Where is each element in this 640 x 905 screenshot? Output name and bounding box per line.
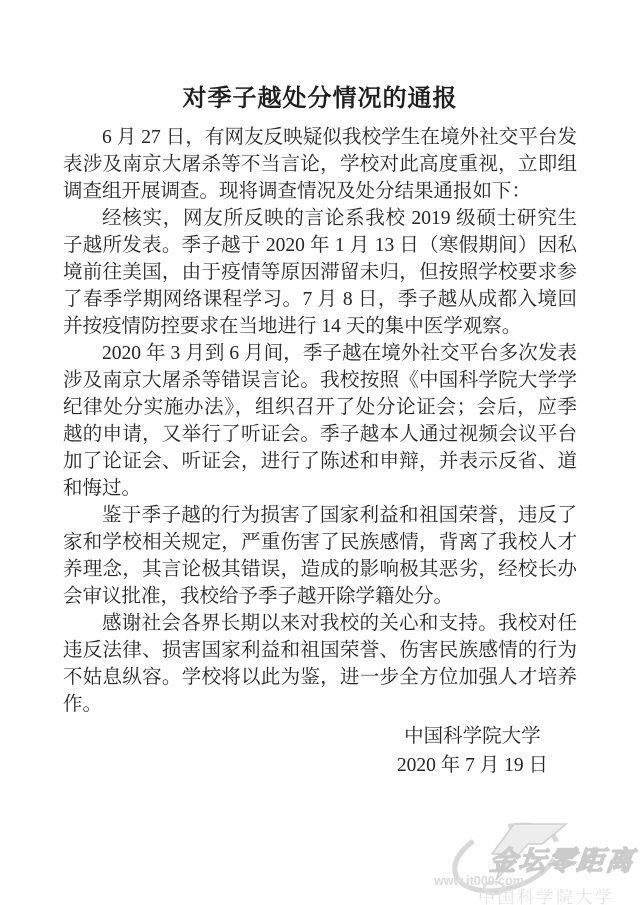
- text-line: 越的申请，又举行了听证会。季子越本人通过视频会议平台参: [63, 421, 577, 448]
- text-line: 经核实，网友所反映的言论系我校 2019 级硕士研究生季: [63, 205, 577, 232]
- watermark-site-url: www.jt000.com: [434, 874, 524, 888]
- signature-block: 中国科学院大学 2020 年 7 月 19 日: [397, 722, 548, 780]
- paragraph: 6 月 27 日，有网友反映疑似我校学生在境外社交平台发表涉及南京大屠杀等不当言…: [63, 124, 577, 205]
- text-line: 了春季学期网络课程学习。7 月 8 日，季子越从成都入境回国，: [63, 286, 577, 313]
- text-line: 表涉及南京大屠杀等不当言论，学校对此高度重视，立即组成: [63, 151, 577, 178]
- text-line: 会审议批准，我校给予季子越开除学籍处分。: [63, 583, 577, 610]
- text-line: 调查组开展调查。现将调查情况及处分结果通报如下：: [63, 178, 577, 205]
- text-line: 加了论证会、听证会，进行了陈述和申辩，并表示反省、道歉: [63, 448, 577, 475]
- text-line: 子越所发表。季子越于 2020 年 1 月 13 日（寒假期间）因私出: [63, 232, 577, 259]
- watermark-site-name: 金坛零距离: [488, 839, 637, 878]
- text-line: 感谢社会各界长期以来对我校的关心和支持。我校对任何: [63, 610, 577, 637]
- paragraph: 鉴于季子越的行为损害了国家利益和祖国荣誉，违反了国家和学校相关规定，严重伤害了民…: [63, 502, 577, 610]
- watermark-source-credit: 中国科学院大学: [478, 883, 615, 905]
- watermark: 金坛零距离 www.jt000.com 中国科学院大学: [420, 813, 638, 905]
- jt-swoosh-logo-icon: [436, 818, 578, 898]
- document-title: 对季子越处分情况的通报: [0, 78, 640, 113]
- text-line: 不姑息纵容。学校将以此为鉴，进一步全方位加强人才培养工: [63, 664, 577, 691]
- document-body: 6 月 27 日，有网友反映疑似我校学生在境外社交平台发表涉及南京大屠杀等不当言…: [63, 124, 577, 718]
- paragraph: 感谢社会各界长期以来对我校的关心和支持。我校对任何违反法律、损害国家利益和祖国荣…: [63, 610, 577, 718]
- text-line: 纪律处分实施办法》，组织召开了处分论证会；会后，应季子: [63, 394, 577, 421]
- text-line: 涉及南京大屠杀等错误言论。我校按照《中国科学院大学学生: [63, 367, 577, 394]
- text-line: 6 月 27 日，有网友反映疑似我校学生在境外社交平台发: [63, 124, 577, 151]
- text-line: 和悔过。: [63, 475, 577, 502]
- signature-org: 中国科学院大学: [397, 722, 548, 751]
- paragraph: 经核实，网友所反映的言论系我校 2019 级硕士研究生季子越所发表。季子越于 2…: [63, 205, 577, 340]
- text-line: 鉴于季子越的行为损害了国家利益和祖国荣誉，违反了国: [63, 502, 577, 529]
- text-line: 作。: [63, 691, 577, 718]
- text-line: 养理念，其言论极其错误，造成的影响极其恶劣，经校长办公: [63, 556, 577, 583]
- text-line: 2020 年 3 月到 6 月间，季子越在境外社交平台多次发表: [63, 340, 577, 367]
- text-line: 违反法律、损害国家利益和祖国荣誉、伤害民族感情的行为绝: [63, 637, 577, 664]
- notice-document: 对季子越处分情况的通报 6 月 27 日，有网友反映疑似我校学生在境外社交平台发…: [0, 0, 640, 905]
- text-line: 并按疫情防控要求在当地进行 14 天的集中医学观察。: [63, 313, 577, 340]
- paragraph: 2020 年 3 月到 6 月间，季子越在境外社交平台多次发表涉及南京大屠杀等错…: [63, 340, 577, 502]
- text-line: 家和学校相关规定，严重伤害了民族感情，背离了我校人才培: [63, 529, 577, 556]
- text-line: 境前往美国，由于疫情等原因滞留未归，但按照学校要求参加: [63, 259, 577, 286]
- signature-date: 2020 年 7 月 19 日: [397, 751, 548, 780]
